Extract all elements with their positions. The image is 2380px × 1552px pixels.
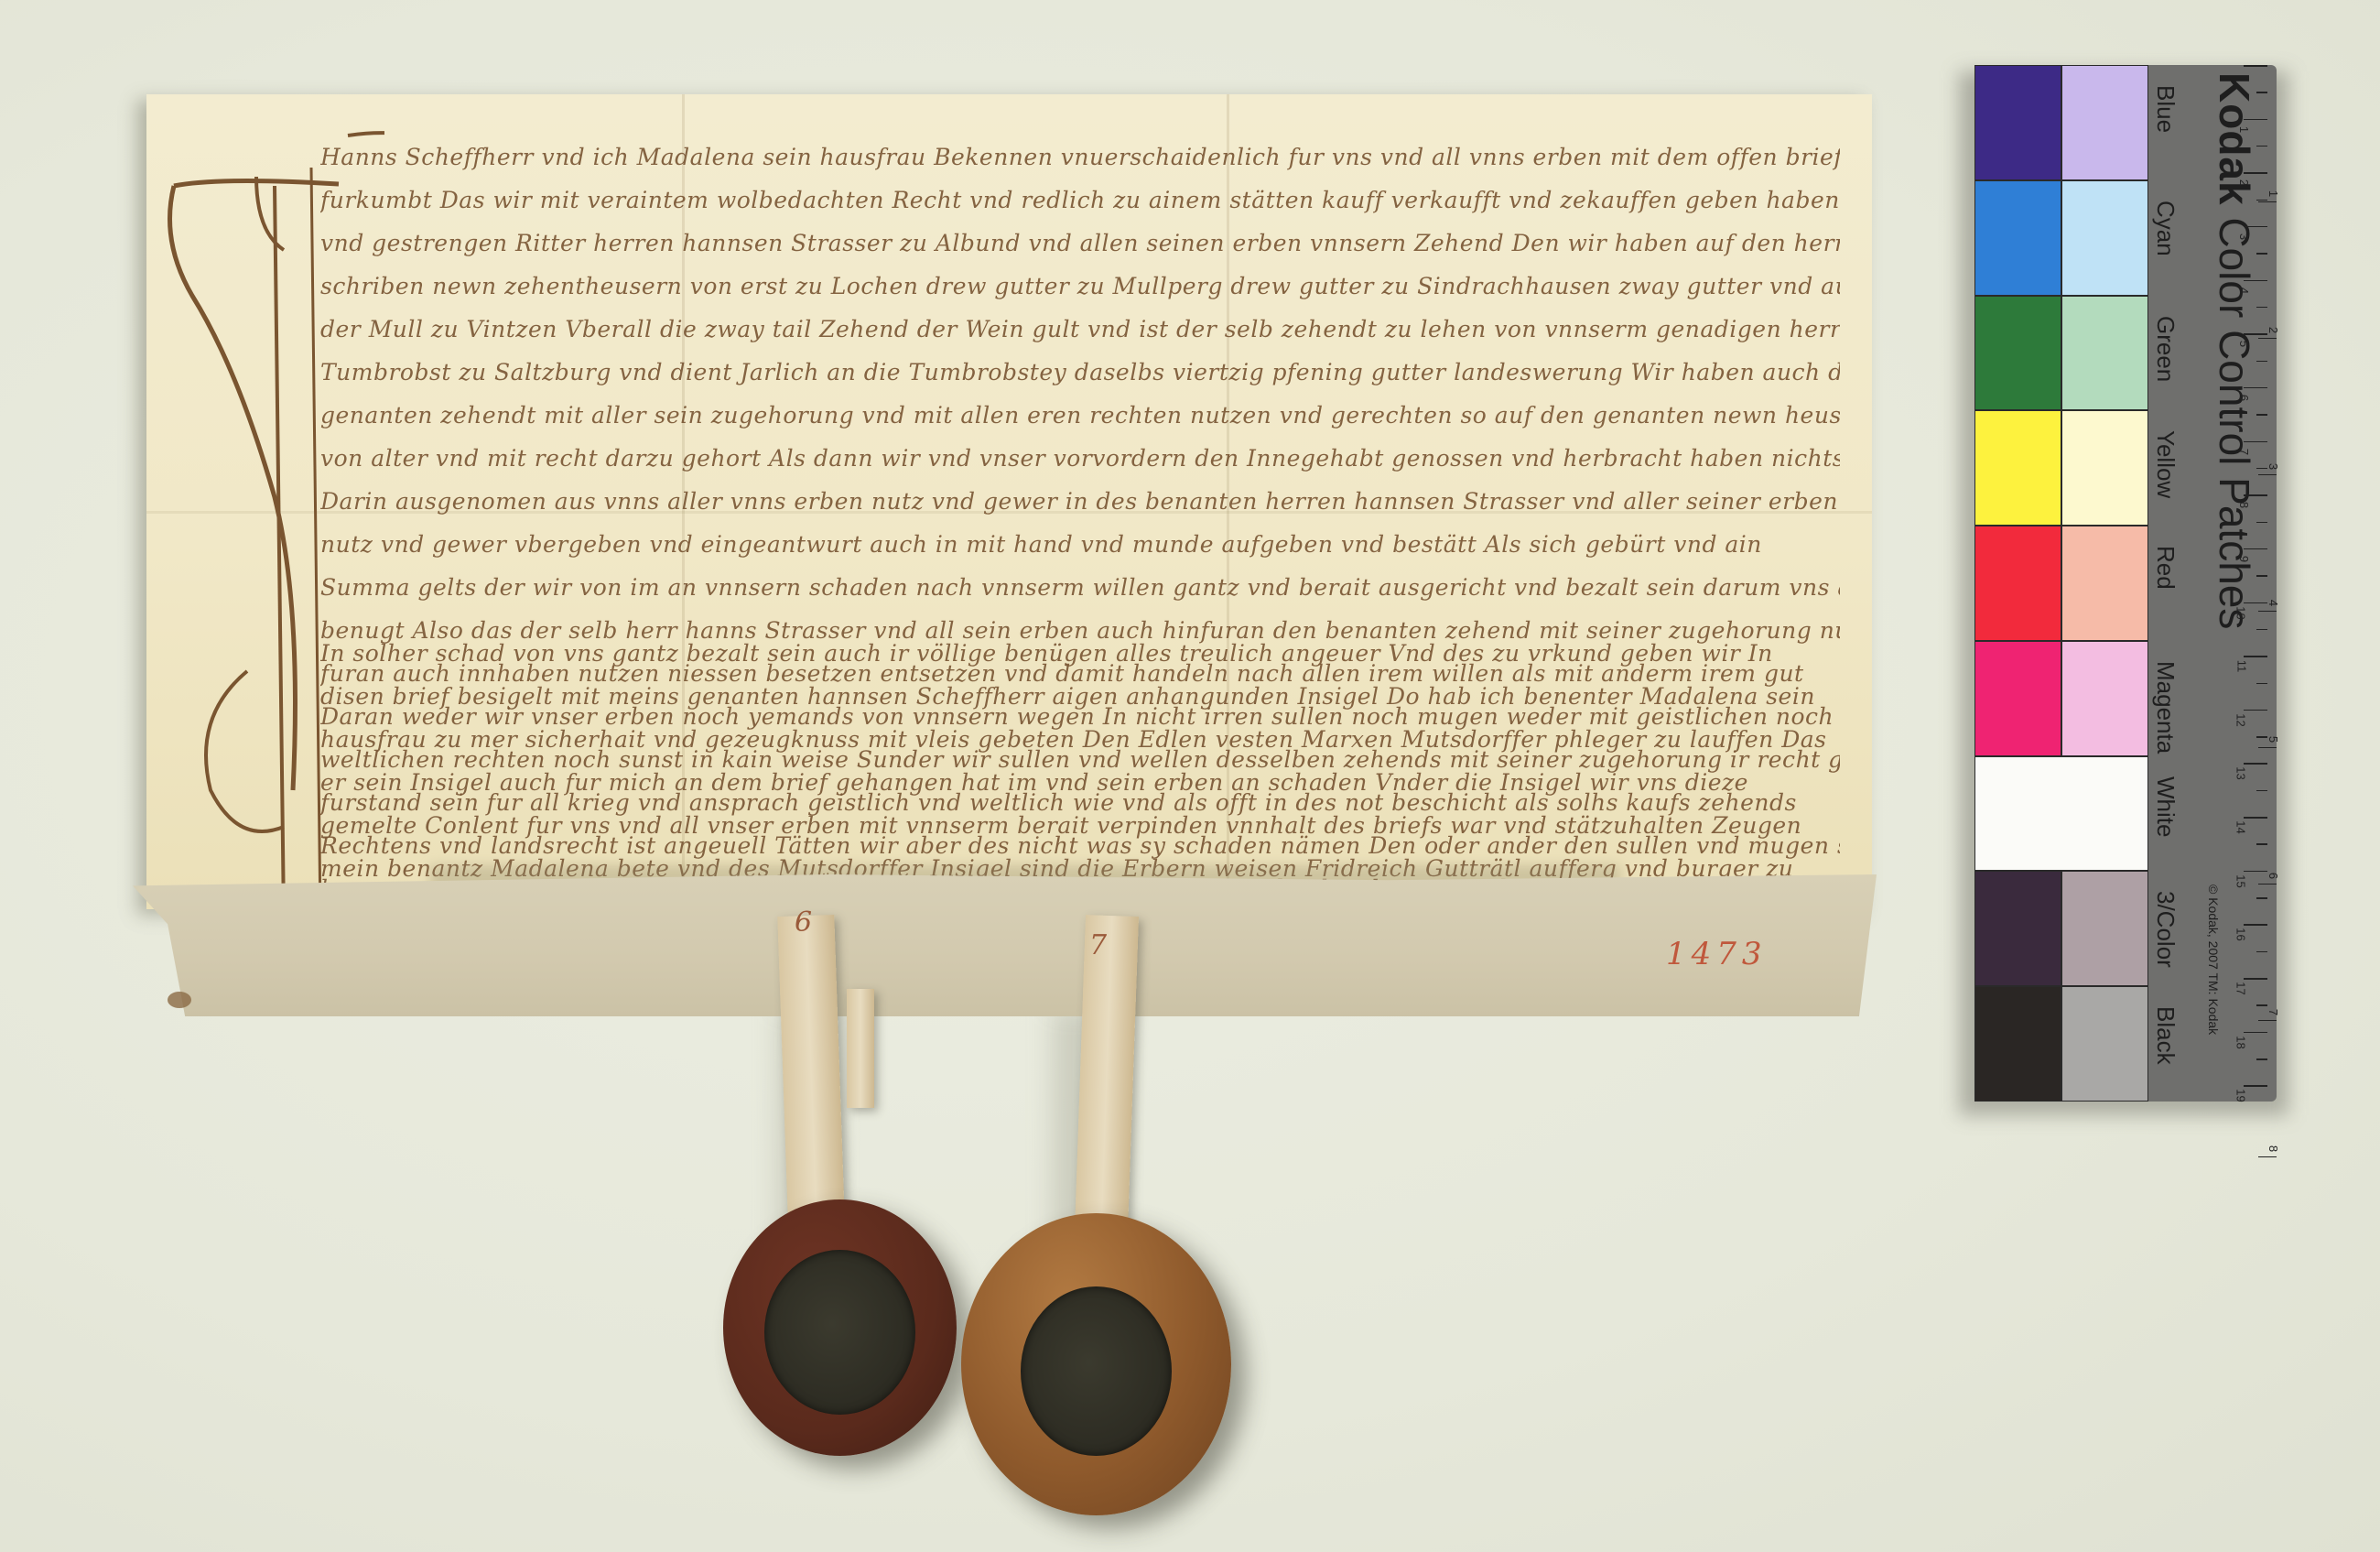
patch-label: Black (2154, 1006, 2178, 1065)
ruler-tick (2244, 656, 2267, 657)
ruler-cm-label: 11 (2234, 660, 2248, 673)
ruler-tick (2256, 361, 2267, 363)
color-patch-3-color-light (2061, 871, 2148, 986)
ruler-cm-label: 13 (2234, 767, 2247, 780)
ruler-tick (2256, 414, 2267, 416)
ruler-inch-tick (2258, 611, 2277, 613)
ruler-tick (2256, 1058, 2267, 1060)
ruler-inch-tick (2258, 201, 2277, 203)
ruler-tick (2256, 146, 2267, 147)
seal-impression (1021, 1286, 1172, 1456)
ruler-tick (2244, 817, 2267, 819)
ruler-inch-label: 1 (2266, 190, 2280, 197)
ink-stain (168, 992, 191, 1008)
kodak-color-control-chart: Kodak Color Control Patches © Kodak, 200… (1974, 65, 2277, 1102)
ruler-tick (2244, 924, 2267, 926)
seal-strap-left (777, 915, 844, 1219)
ruler-cm-label: 18 (2234, 1036, 2247, 1048)
ruler-tick (2244, 65, 2267, 67)
ruler-tick (2256, 575, 2267, 577)
color-patch-red-dark (1974, 526, 2061, 641)
ruler-tick (2244, 871, 2267, 873)
color-patch-green-light (2061, 296, 2148, 411)
ruler-tick (2244, 172, 2267, 174)
strap-number-right: 7 (1089, 929, 1107, 961)
color-patch-3-color-dark (1974, 871, 2061, 986)
patch-label: Blue (2154, 85, 2178, 133)
ruler-cm-label: 19 (2234, 1090, 2247, 1102)
ruler-tick (2256, 951, 2267, 953)
color-patch-yellow-dark (1974, 410, 2061, 526)
folded-plica (133, 874, 1877, 1016)
ruler-cm-label: 3 (2237, 233, 2251, 240)
color-patch-red-light (2061, 526, 2148, 641)
ruler-cm-label: 1 (2237, 126, 2251, 133)
text-line: hausfrau zu mer sicherhait vnd gezeugknu… (320, 718, 1840, 761)
wax-seal-right (961, 1213, 1231, 1515)
ruler-tick (2244, 548, 2267, 550)
chart-copyright: © Kodak, 2007 TM: Kodak (2207, 885, 2220, 1035)
ruler-tick (2256, 92, 2267, 93)
seal-strap-right (1075, 915, 1139, 1232)
text-line: er sein Insigel auch fur mich an dem bri… (320, 761, 1840, 804)
color-patch-white (1974, 756, 2148, 872)
ruler-tick (2244, 333, 2267, 335)
ruler-cm-label: 14 (2234, 820, 2247, 833)
ruler-inch-label: 4 (2266, 600, 2280, 606)
ruler-tick (2244, 119, 2267, 121)
ruler-inch-tick (2258, 1156, 2277, 1158)
ruler-tick (2244, 387, 2267, 389)
color-patch-cyan-light (2061, 180, 2148, 296)
ruler-tick (2244, 1032, 2267, 1034)
ruler-cm-label: 12 (2234, 713, 2247, 726)
ruler-tick (2244, 710, 2267, 711)
ruler-tick (2256, 522, 2267, 524)
patch-label: White (2154, 776, 2178, 837)
ruler-tick (2256, 897, 2267, 899)
ruler-inch-label: 8 (2266, 1145, 2280, 1152)
color-patch-yellow-light (2061, 410, 2148, 526)
ruler-tick (2256, 629, 2267, 631)
ruler-cm-label: 6 (2237, 395, 2251, 401)
ruler-inch-label: 7 (2266, 1009, 2280, 1015)
color-patch-black-light (2061, 986, 2148, 1102)
ruler-cm-label: 16 (2234, 928, 2247, 941)
ruler-cm-label: 7 (2237, 448, 2251, 454)
ruler: 1234567891011121314151617181912345678 (2242, 65, 2277, 1102)
ruler-cm-label: 9 (2237, 556, 2251, 562)
ruler-inch-label: 5 (2266, 736, 2280, 743)
seal-strap-left-tail (847, 989, 874, 1108)
ruler-cm-label: 5 (2237, 341, 2251, 347)
ruler-tick (2256, 307, 2267, 309)
ruler-tick (2256, 1004, 2267, 1006)
ruler-tick (2256, 683, 2267, 685)
ruler-inch-tick (2258, 884, 2277, 885)
patch-label: Magenta (2154, 661, 2178, 754)
ruler-cm-label: 15 (2234, 874, 2247, 887)
strap-number-left: 6 (795, 906, 812, 939)
color-patch-green-dark (1974, 296, 2061, 411)
ruler-inch-tick (2258, 474, 2277, 476)
ruler-tick (2244, 978, 2267, 980)
color-patch-magenta-light (2061, 641, 2148, 756)
ruler-tick (2256, 843, 2267, 845)
ruler-inch-label: 6 (2266, 873, 2280, 879)
patch-label: Red (2154, 546, 2178, 590)
ruler-cm-label: 17 (2234, 982, 2247, 994)
chart-gray-strip: Kodak Color Control Patches © Kodak, 200… (2148, 65, 2277, 1102)
ruler-tick (2244, 602, 2267, 604)
patch-label: Green (2154, 316, 2178, 382)
ruler-tick (2256, 790, 2267, 792)
text-line: gemelte Conlent fur vns vnd all vnser er… (320, 804, 1840, 847)
ruler-inch-tick (2258, 747, 2277, 749)
patch-label: Yellow (2154, 430, 2178, 498)
patch-label: 3/Color (2154, 891, 2178, 968)
red-ink-date-annotation: 1473 (1666, 936, 1768, 972)
color-patch-cyan-dark (1974, 180, 2061, 296)
ruler-inch-label: 2 (2266, 327, 2280, 333)
ruler-tick (2244, 280, 2267, 282)
ruler-tick (2244, 494, 2267, 496)
ruler-tick (2256, 200, 2267, 201)
ruler-tick (2244, 441, 2267, 443)
ruler-tick (2244, 226, 2267, 228)
ruler-cm-label: 10 (2234, 606, 2247, 619)
ruler-cm-label: 4 (2237, 287, 2251, 293)
ruler-inch-label: 3 (2266, 463, 2280, 470)
color-patch-blue-dark (1974, 65, 2061, 180)
patch-label: Cyan (2154, 201, 2178, 256)
color-patch-blue-light (2061, 65, 2148, 180)
ruler-cm-label: 2 (2237, 179, 2251, 186)
color-patch-black-dark (1974, 986, 2061, 1102)
ruler-tick (2256, 253, 2267, 255)
color-patch-magenta-dark (1974, 641, 2061, 756)
wax-seal-left (723, 1199, 957, 1456)
text-line: In solher schad von vns gantz bezalt sei… (320, 632, 1840, 675)
text-line: disen brief besigelt mit meins genanten … (320, 675, 1840, 718)
ruler-cm-label: 8 (2237, 502, 2251, 508)
seal-impression (764, 1250, 915, 1415)
ruler-inch-tick (2258, 338, 2277, 340)
ruler-inch-tick (2258, 1020, 2277, 1022)
ruler-tick (2244, 763, 2267, 765)
ruler-tick (2244, 1085, 2267, 1087)
